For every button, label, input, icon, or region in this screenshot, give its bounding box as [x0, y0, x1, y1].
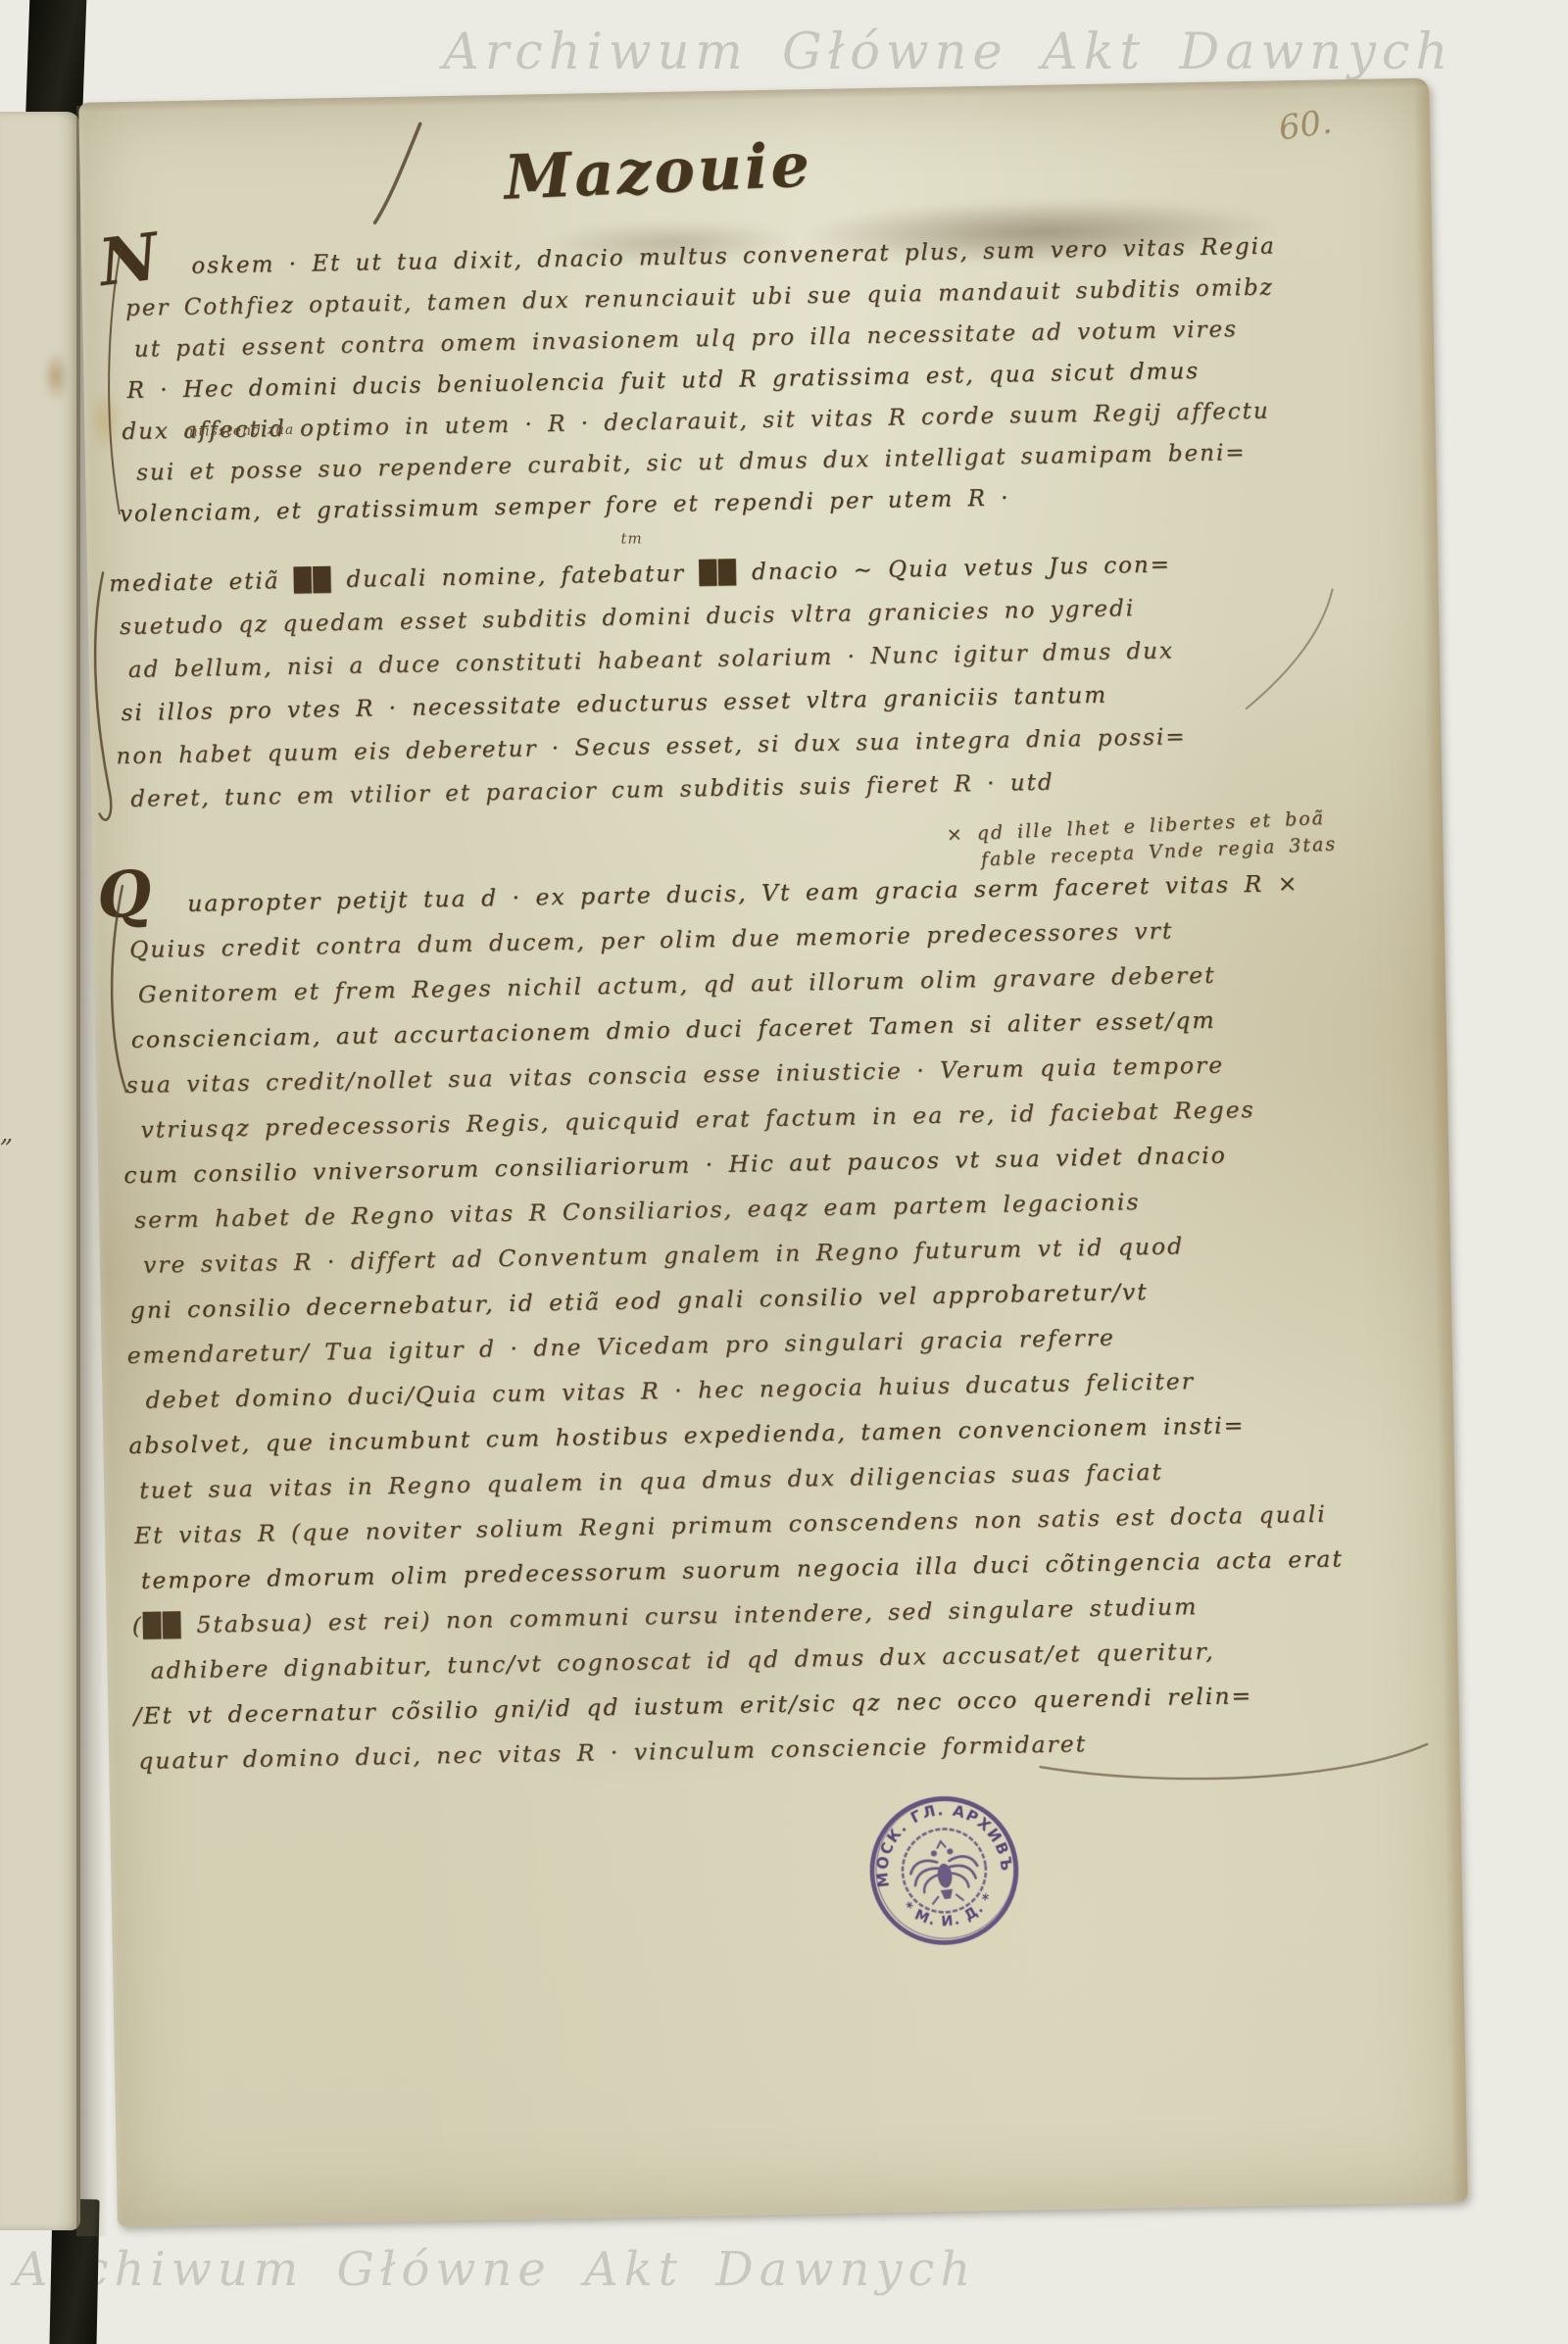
paragraph-1-lines: oskem · Et ut tua dixit, dnacio multus c… [115, 223, 1403, 535]
page-edge-shading-top [78, 78, 1429, 113]
underlying-page-strip [0, 112, 80, 2230]
paper-stain [43, 351, 69, 402]
paragraph-2-lines: mediate etiã ██ ducali nomine, fatebatur… [109, 539, 1417, 821]
paragraph-3-lines: uapropter petijt tua d · ex parte ducis,… [119, 858, 1444, 1783]
page-heading: Mazouie [402, 124, 914, 218]
archive-watermark-bottom: Archiwum Główne Akt Dawnych [14, 2242, 976, 2297]
margin-pen-marks: „ [0, 1119, 20, 1164]
interline-insertion: tm [620, 529, 643, 547]
interline-insertion: mtisstend zua [184, 422, 294, 440]
archive-stamp: МОСК. ГЛ. АРХИВЪ * М. И. Д. * [848, 1775, 1040, 1967]
paragraph-2: mediate etiã ██ ducali nomine, fatebatur… [109, 539, 1417, 821]
paragraph-3: uapropter petijt tua d · ex parte ducis,… [119, 858, 1444, 1783]
folio-number: 60. [1276, 102, 1334, 148]
paragraph-1: oskem · Et ut tua dixit, dnacio multus c… [115, 223, 1403, 535]
double-headed-eagle-icon [907, 1837, 981, 1906]
archive-scan: Archiwum Główne Akt Dawnych Archiwum Głó… [0, 0, 1568, 2344]
archive-watermark-top: Archiwum Główne Akt Dawnych [443, 24, 1453, 81]
manuscript-page: 60. Mazouie N oskem · Et ut tua dixit, d… [78, 78, 1467, 2227]
